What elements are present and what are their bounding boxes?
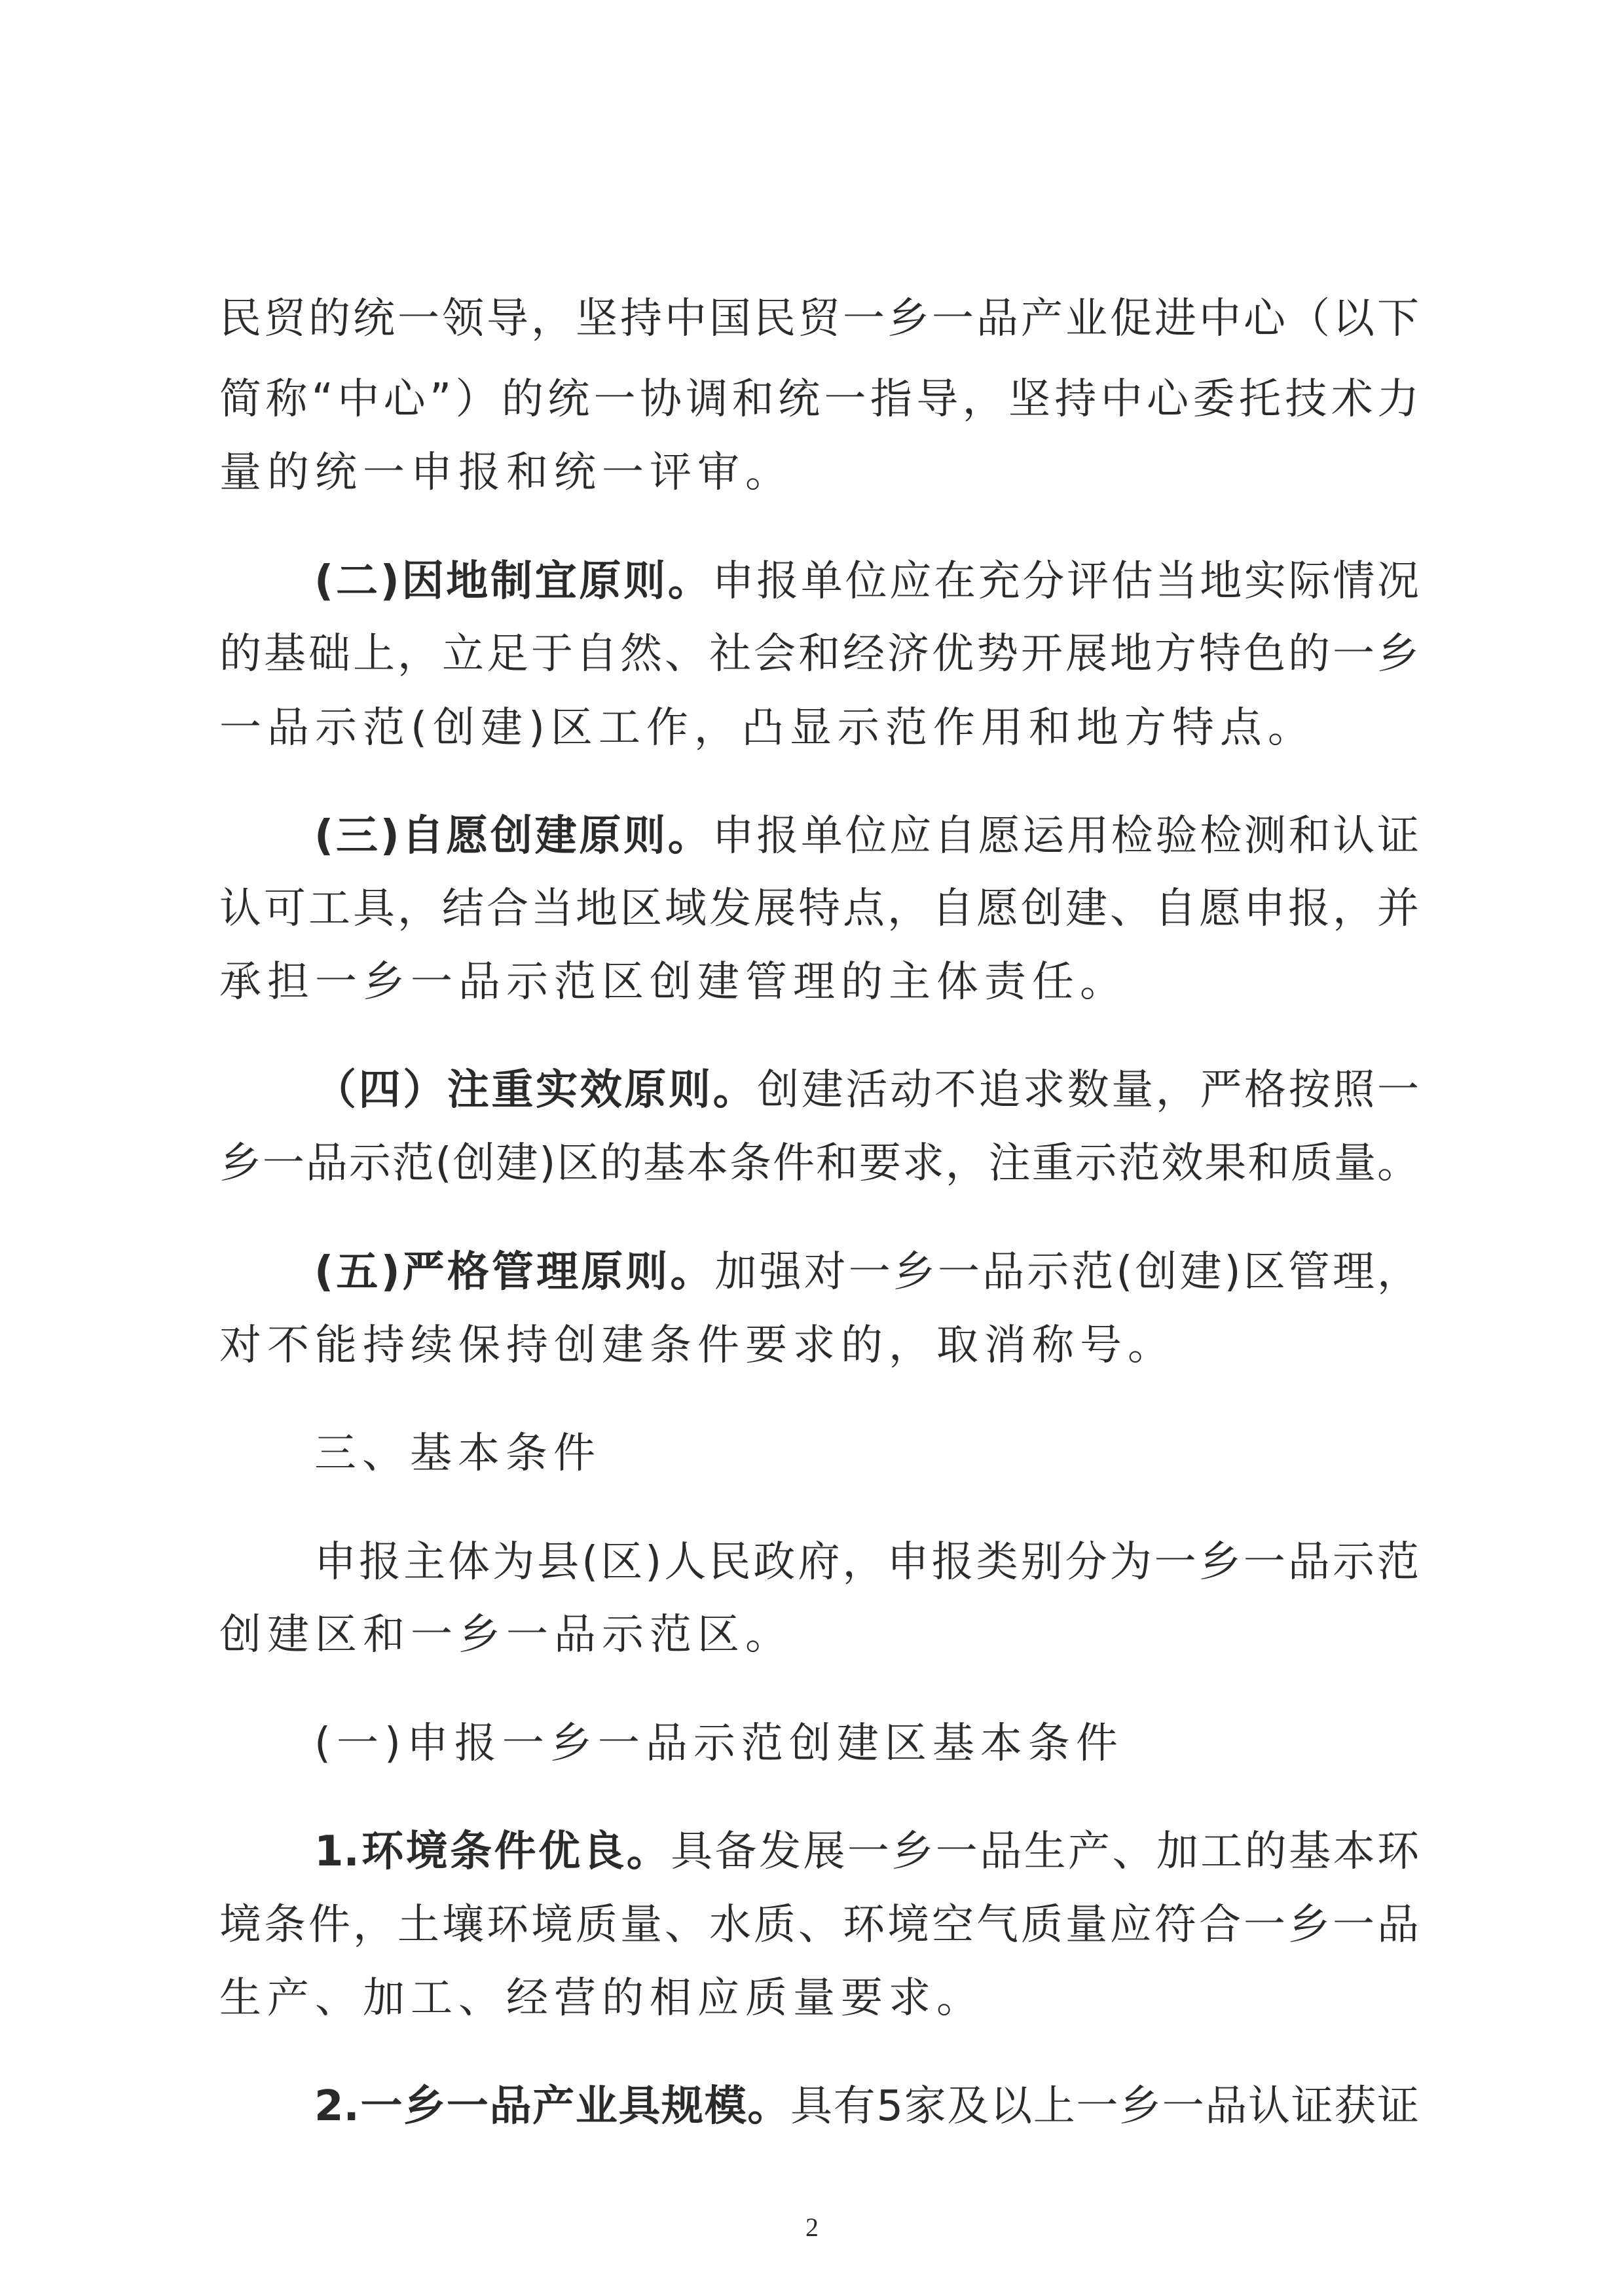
line-text: 的基础上，立足于自然、社会和经济优势开展地方特色的一乡 xyxy=(219,630,1419,678)
principle-2-line-1: (二)因地制宜原则。申报单位应在充分评估当地实际情况 xyxy=(314,555,1419,608)
subsection-heading-1: (一)申报一乡一品示范创建区基本条件 xyxy=(314,1717,1419,1770)
principle-heading: (三)自愿创建原则。 xyxy=(314,812,712,860)
principle-3-line-2: 认可工具，结合当地区域发展特点，自愿创建、自愿申报，并 xyxy=(219,883,1419,935)
principle-heading: (二)因地制宜原则。 xyxy=(314,557,712,606)
line-text: 一品示范(创建)区工作，凸显示范作用和地方特点。 xyxy=(219,704,1316,752)
body-applicant-line-1: 申报主体为县(区)人民政府，申报类别分为一乡一品示范 xyxy=(314,1536,1419,1588)
principle-2-line-2: 的基础上，立足于自然、社会和经济优势开展地方特色的一乡 xyxy=(219,628,1419,680)
principle-heading: (五)严格管理原则。 xyxy=(314,1248,715,1296)
condition-heading: 1.环境条件优良。 xyxy=(314,1827,671,1876)
condition-2-line-1: 2.一乡一品产业具规模。具有5家及以上一乡一品认证获证 xyxy=(314,2080,1419,2133)
line-text: 具有5家及以上一乡一品认证获证 xyxy=(790,2082,1419,2131)
section-heading-basic-conditions: 三、基本条件 xyxy=(314,1427,1419,1480)
principle-4-line-2: 乡一品示范(创建)区的基本条件和要求，注重示范效果和质量。 xyxy=(219,1137,1419,1190)
line-text: 具备发展一乡一品生产、加工的基本环 xyxy=(671,1827,1419,1876)
principle-heading: （四）注重实效原则。 xyxy=(314,1066,757,1114)
line-text: 申报单位应自愿运用检验检测和认证 xyxy=(712,812,1420,860)
principle-3-line-3: 承担一乡一品示范区创建管理的主体责任。 xyxy=(219,956,1419,1008)
condition-heading: 2.一乡一品产业具规模。 xyxy=(314,2082,790,2131)
line-text: 简称“中心”）的统一协调和统一指导，坚持中心委托技术力 xyxy=(219,375,1419,424)
line-text: 加强对一乡一品示范(创建)区管理， xyxy=(715,1248,1420,1296)
body-line-1: 民贸的统一领导，坚持中国民贸一乡一品产业促进中心（以下 xyxy=(219,293,1419,345)
line-text: 申报单位应在充分评估当地实际情况 xyxy=(712,557,1420,606)
page-number: 2 xyxy=(779,2213,845,2242)
body-line-3: 量的统一申报和统一评审。 xyxy=(219,447,1419,499)
section-title: 三、基本条件 xyxy=(314,1429,601,1478)
line-text: 承担一乡一品示范区创建管理的主体责任。 xyxy=(219,958,1128,1006)
condition-1-line-3: 生产、加工、经营的相应质量要求。 xyxy=(219,1972,1419,2025)
line-text: 申报主体为县(区)人民政府，申报类别分为一乡一品示范 xyxy=(314,1538,1419,1587)
condition-1-line-2: 境条件，土壤环境质量、水质、环境空气质量应符合一乡一品 xyxy=(219,1899,1419,1951)
line-text: 乡一品示范(创建)区的基本条件和要求，注重示范效果和质量。 xyxy=(219,1139,1419,1188)
line-text: 境条件，土壤环境质量、水质、环境空气质量应符合一乡一品 xyxy=(219,1901,1419,1949)
line-text: 民贸的统一领导，坚持中国民贸一乡一品产业促进中心（以下 xyxy=(219,295,1419,343)
principle-2-line-3: 一品示范(创建)区工作，凸显示范作用和地方特点。 xyxy=(219,702,1419,754)
condition-1-line-1: 1.环境条件优良。具备发展一乡一品生产、加工的基本环 xyxy=(314,1826,1419,1878)
principle-4-line-1: （四）注重实效原则。创建活动不追求数量，严格按照一 xyxy=(314,1064,1419,1116)
document-page: 民贸的统一领导，坚持中国民贸一乡一品产业促进中心（以下 简称“中心”）的统一协调… xyxy=(0,0,1624,2295)
line-text: 创建活动不追求数量，严格按照一 xyxy=(757,1066,1419,1114)
principle-3-line-1: (三)自愿创建原则。申报单位应自愿运用检验检测和认证 xyxy=(314,810,1419,862)
line-text: 量的统一申报和统一评审。 xyxy=(219,449,793,497)
principle-5-line-2: 对不能持续保持创建条件要求的，取消称号。 xyxy=(219,1319,1419,1372)
body-line-2: 简称“中心”）的统一协调和统一指导，坚持中心委托技术力 xyxy=(219,373,1419,426)
line-text: 对不能持续保持创建条件要求的，取消称号。 xyxy=(219,1321,1175,1370)
body-applicant-line-2: 创建区和一乡一品示范区。 xyxy=(219,1609,1419,1661)
line-text: 认可工具，结合当地区域发展特点，自愿创建、自愿申报，并 xyxy=(219,885,1419,933)
line-text: 生产、加工、经营的相应质量要求。 xyxy=(219,1974,984,2023)
subsection-title: (一)申报一乡一品示范创建区基本条件 xyxy=(314,1719,1124,1768)
line-text: 创建区和一乡一品示范区。 xyxy=(219,1611,793,1659)
principle-5-line-1: (五)严格管理原则。加强对一乡一品示范(创建)区管理， xyxy=(314,1246,1419,1298)
